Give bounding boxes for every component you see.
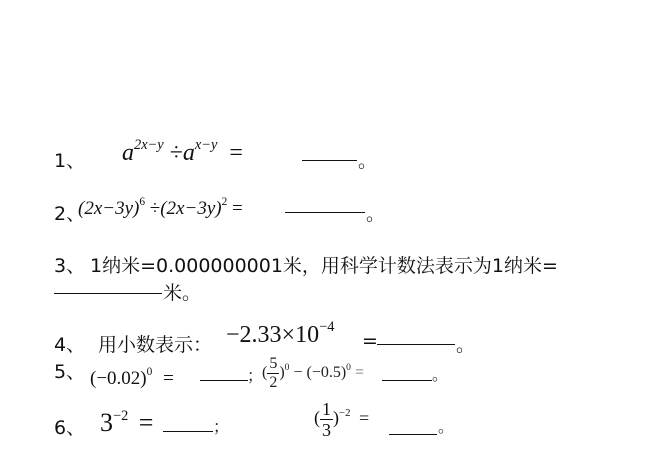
answer-blank-2[interactable] xyxy=(382,368,432,386)
question-text: 1纳米=0.000000001米，用科学计数法表示为1纳米= xyxy=(90,251,558,278)
answer-blank[interactable] xyxy=(377,332,455,350)
period: 。 xyxy=(358,146,377,173)
question-number: 5、 xyxy=(54,357,85,384)
math-expression: −2.33×10−4 xyxy=(226,322,334,349)
question-number: 6、 xyxy=(54,413,85,440)
answer-blank-1[interactable] xyxy=(163,419,213,437)
answer-blank[interactable] xyxy=(285,200,365,218)
period: 。 xyxy=(432,362,448,385)
answer-blank-2[interactable] xyxy=(389,422,437,440)
math-expression-part1: (−0.02)0 = xyxy=(90,368,174,390)
period: 。 xyxy=(366,199,385,226)
fraction: 13 xyxy=(320,400,333,439)
question-text-end: 米。 xyxy=(163,278,201,305)
period: 。 xyxy=(456,330,475,357)
fraction: 52 xyxy=(267,356,279,391)
question-prompt: 用小数表示： xyxy=(98,330,212,357)
math-expression: a2x−y ÷ax−y = xyxy=(122,140,243,167)
math-expression-part2: (13)−2 = xyxy=(314,400,369,439)
separator: ； xyxy=(213,414,229,437)
separator: ； xyxy=(247,363,263,386)
question-number: 3、 xyxy=(54,251,85,278)
math-expression-part2: (52)0 − (−0.5)0 = xyxy=(262,356,364,391)
math-expression: (2x−3y)6 ÷(2x−3y)2 = xyxy=(78,198,243,220)
period: 。 xyxy=(438,414,454,437)
equals-sign: = xyxy=(362,330,378,352)
answer-blank-1[interactable] xyxy=(200,368,248,386)
math-expression-part1: 3−2 = xyxy=(100,408,153,438)
question-number: 4、 xyxy=(54,330,85,357)
answer-blank[interactable] xyxy=(54,281,162,299)
question-number: 1、 xyxy=(54,146,85,173)
answer-blank[interactable] xyxy=(302,148,357,166)
